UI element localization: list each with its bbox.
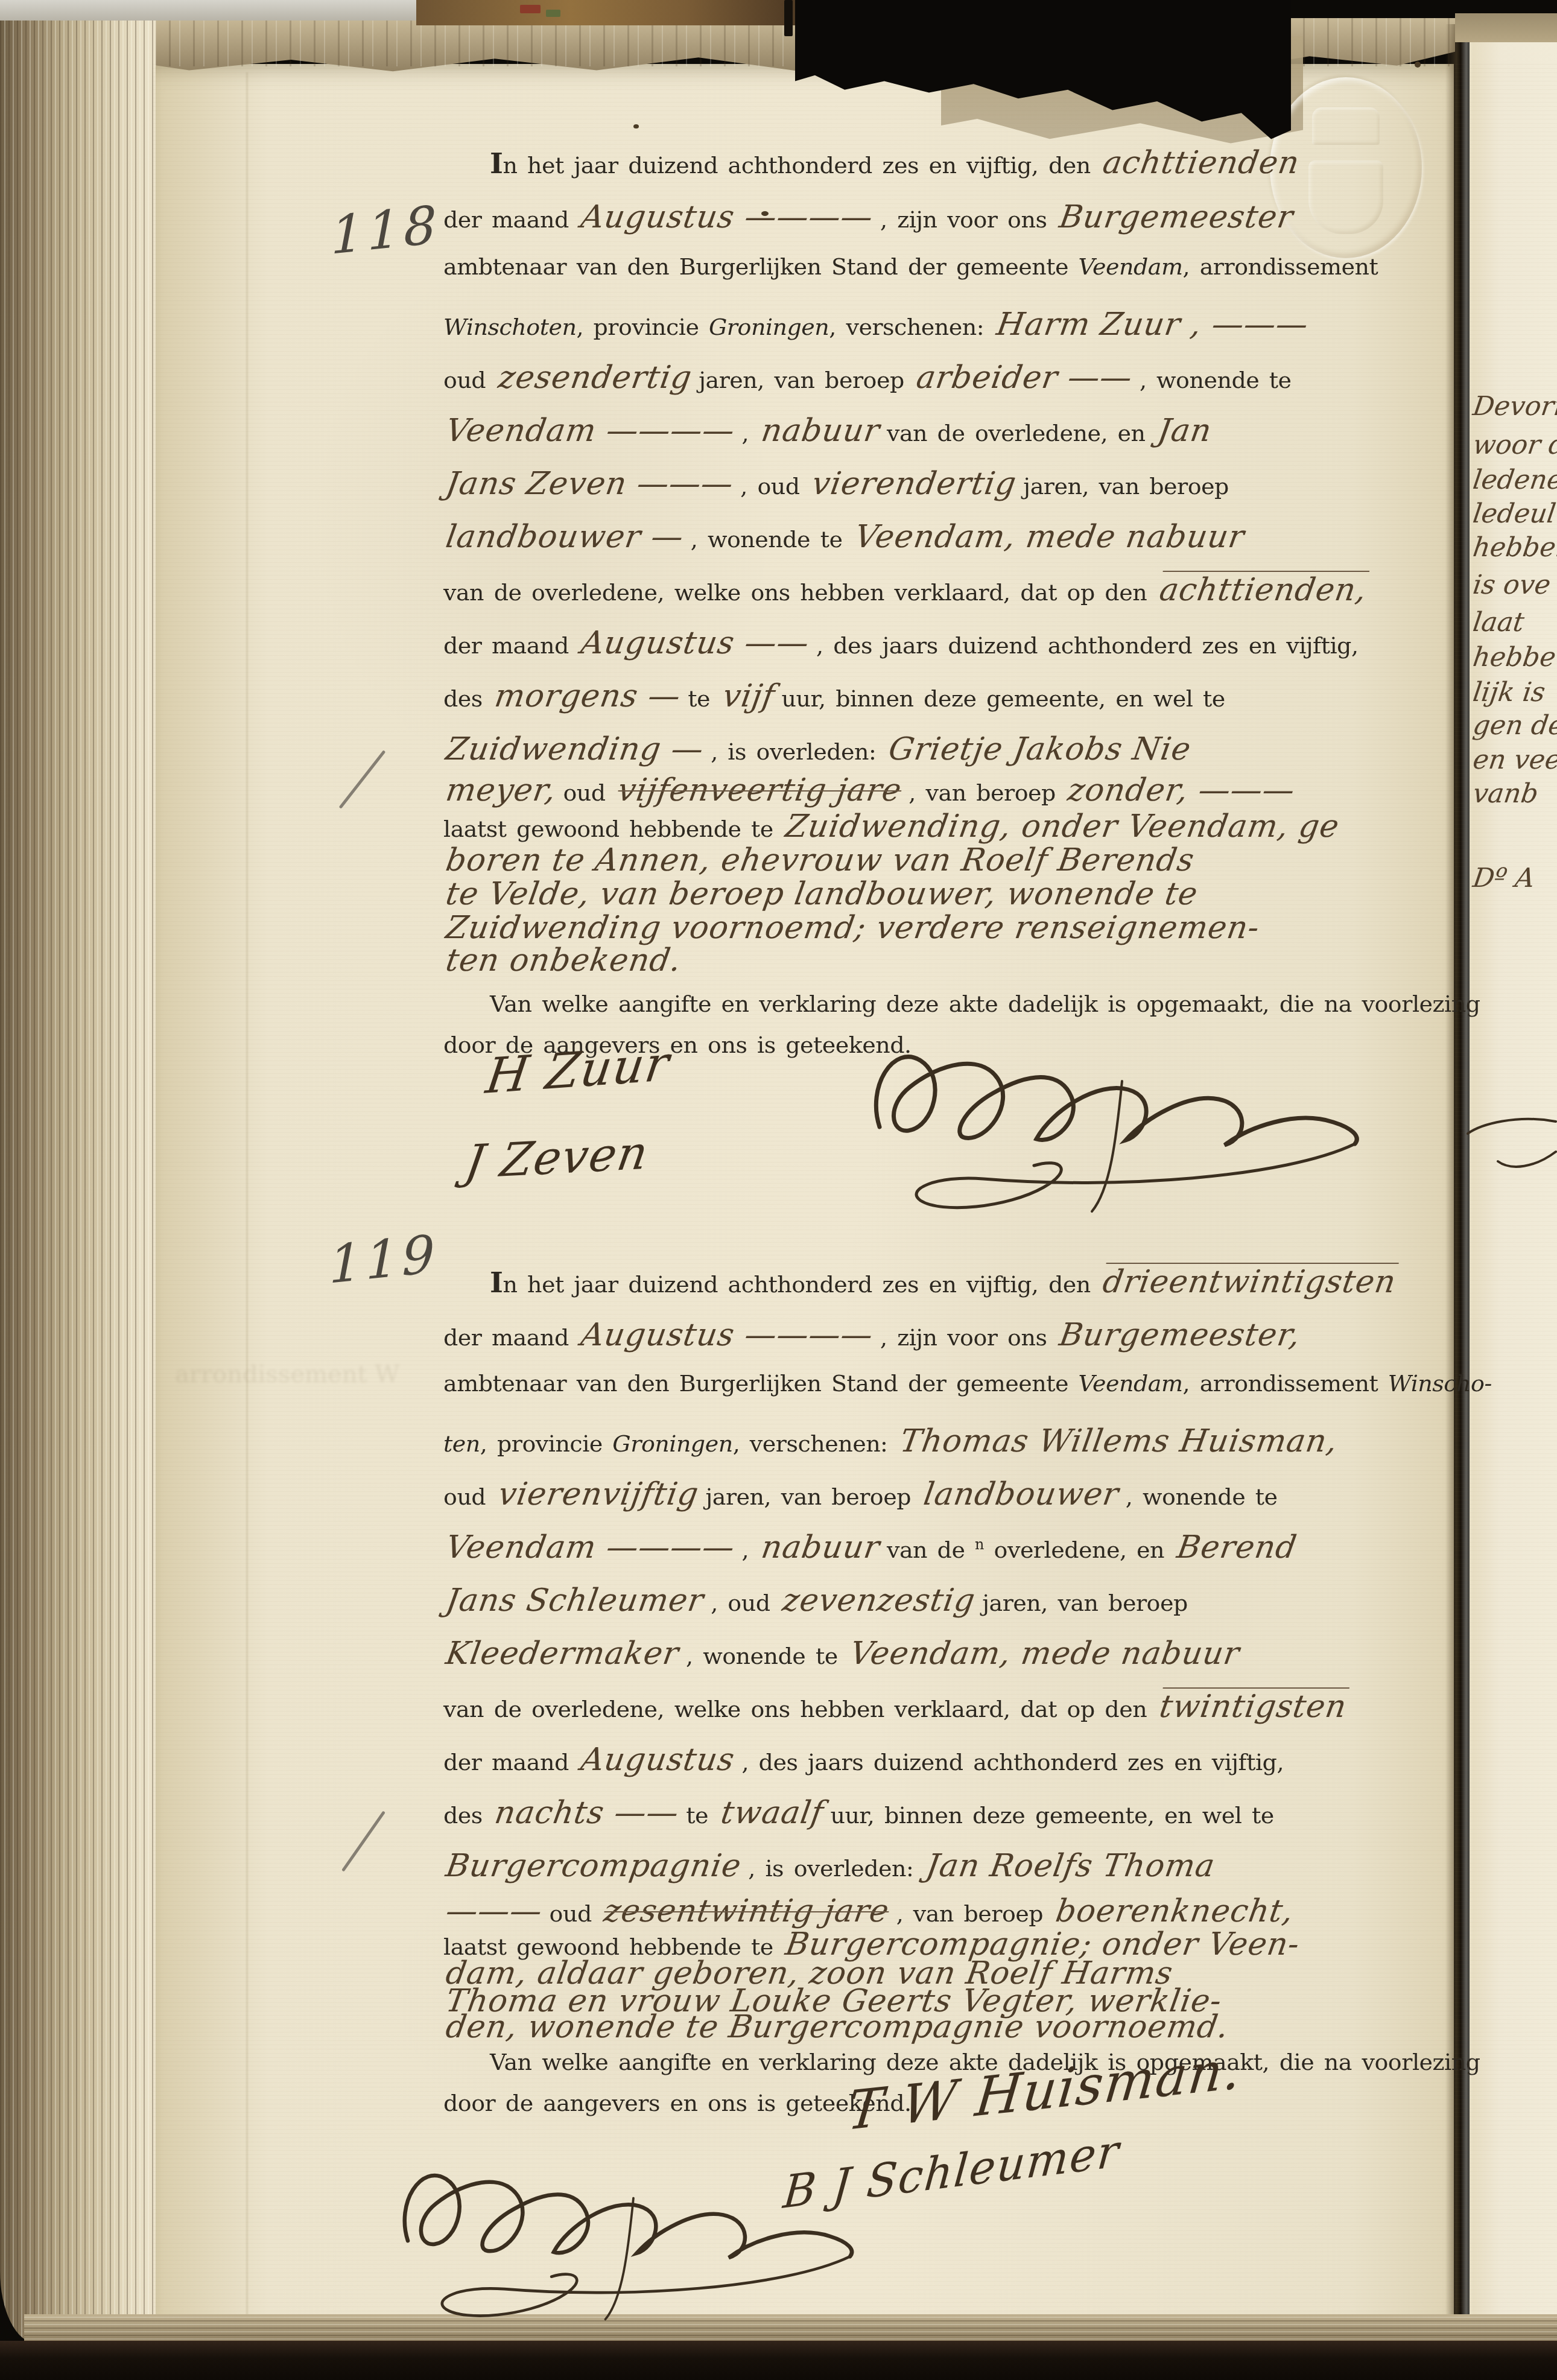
handwritten-text: Jan: [1155, 413, 1214, 449]
handwritten-text: boerenknecht,: [1053, 1893, 1296, 1929]
handwritten-text: vijf: [720, 678, 778, 714]
printed-form-text: , wonende te: [1129, 367, 1291, 393]
ink-bleed-ghost-text: arrondissement W: [175, 1360, 399, 1388]
handwritten-text: twintigsten: [1157, 1689, 1349, 1725]
act-118-line-8: landbouwer — , wonende te Veendam, mede …: [443, 519, 1241, 555]
printed-form-text: Groningen: [612, 1430, 732, 1457]
handwritten-text: zevenzestig: [780, 1582, 978, 1619]
printed-form-text: n: [975, 1536, 984, 1553]
printed-form-text: te: [676, 1802, 718, 1829]
printed-form-text: Veendam: [1079, 253, 1183, 280]
printed-form-text: jaren, van beroep: [1013, 473, 1229, 500]
handwritten-text: morgens —: [492, 678, 683, 714]
facing-page-text-fragment: Devorn: [1471, 391, 1557, 422]
handwritten-text: meyer,: [443, 772, 559, 808]
handwritten-text: arbeider ——: [914, 360, 1135, 396]
handwritten-text: nachts ——: [492, 1795, 682, 1831]
handwritten-text: Thomas Willems Huisman,: [898, 1423, 1340, 1459]
handwritten-text: Zuidwending —: [443, 731, 706, 767]
printed-form-text: Winschoten: [443, 314, 576, 340]
printed-form-text: der maand: [443, 632, 579, 659]
act-119-line-5: oud vierenvijftig jaren, van beroep land…: [443, 1476, 1277, 1512]
act-118-line-7: Jans Zeven ——— , oud vierendertig jaren,…: [443, 466, 1229, 502]
facing-page-text-fragment: gen de: [1471, 710, 1557, 741]
act-119-line-11: des nachts —— te twaalf uur, binnen deze…: [443, 1795, 1274, 1831]
printed-form-text: jaren, van beroep: [689, 367, 915, 393]
act-119-line-9: van de overledene, welke ons hebben verk…: [443, 1689, 1343, 1725]
facing-page-text-fragment: laat: [1471, 607, 1526, 638]
act-119-line-3: ambtenaar van den Burgerlijken Stand der…: [443, 1370, 1492, 1397]
ink-speck: [633, 124, 639, 129]
burgemeester-signature-flourish: [863, 1009, 1381, 1214]
handwritten-text: landbouwer —: [443, 519, 687, 555]
printed-form-text: , des jaars duizend achthonderd zes en v…: [732, 1749, 1284, 1775]
act-119-line-6: Veendam ———— , nabuur van de n overleden…: [443, 1529, 1293, 1566]
facing-page-text-fragment: woor de: [1471, 430, 1557, 460]
printed-form-text: , verschenen:: [733, 1430, 898, 1457]
printed-form-text: , oud: [731, 473, 810, 500]
printed-form-text: jaren, van beroep: [696, 1484, 921, 1510]
act-118-line-4: Winschoten, provincie Groningen, versche…: [443, 306, 1305, 343]
act-118-line-1: In het jaar duizend achthonderd zes en v…: [490, 145, 1296, 181]
printed-form-text: , des jaars duizend achthonderd zes en v…: [806, 632, 1358, 659]
handwritten-text: landbouwer: [921, 1476, 1121, 1512]
printed-form-text: , verschenen:: [829, 314, 994, 340]
printed-form-text: Groningen: [709, 314, 829, 340]
handwritten-text: Burgercompagnie: [443, 1848, 744, 1884]
burgemeester-signature-flourish: [392, 2127, 875, 2326]
handwritten-text: achttienden: [1100, 145, 1302, 181]
printed-form-text: ambtenaar van den Burgerlijken Stand der…: [443, 1370, 1079, 1397]
scanned-register-page: { "document_kind": "overlijdensregister …: [0, 0, 1557, 2380]
printed-form-text: , wonende te: [680, 526, 852, 553]
printed-form-text: uur, binnen deze gemeente, en wel te: [820, 1802, 1274, 1829]
facing-page-text-fragment: ledeul: [1471, 498, 1557, 529]
handwritten-text: vierenvijftig: [496, 1476, 702, 1512]
printed-form-text: jaren, van beroep: [972, 1590, 1188, 1616]
handwritten-text: vierendertig: [810, 466, 1019, 502]
printed-form-text: ten: [443, 1430, 480, 1457]
handwritten-text: nabuur: [759, 1529, 883, 1566]
handwritten-text: Zuidwending voornoemd; verdere renseigne…: [443, 910, 1262, 946]
handwritten-text: Kleedermaker: [443, 1636, 682, 1672]
handwritten-text: zesendertig: [496, 360, 694, 396]
printed-form-text: , is overleden:: [738, 1855, 924, 1882]
printed-form-text: oud: [539, 1900, 601, 1927]
act-118-line-5: oud zesendertig jaren, van beroep arbeid…: [443, 360, 1292, 396]
handwritten-text: Jan Roelfs Thoma: [924, 1848, 1217, 1884]
handwritten-text: Jans Zeven ———: [443, 466, 736, 502]
printed-form-text: oud: [443, 367, 496, 393]
act-119-line-4: ten, provincie Groningen, verschenen: Th…: [443, 1423, 1334, 1459]
act-119-line-8: Kleedermaker , wonende te Veendam, mede …: [443, 1636, 1237, 1672]
printed-form-text: , wonende te: [1115, 1484, 1277, 1510]
printed-form-text: des: [443, 1802, 492, 1829]
printed-form-text: , oud: [701, 1590, 781, 1616]
ink-speck: [1415, 62, 1421, 68]
facing-page-text-fragment: vanb: [1471, 778, 1540, 809]
printed-form-text: oud: [443, 1484, 496, 1510]
handwritten-text: Harm Zuur , ———: [994, 306, 1311, 343]
act-118-line-9: van de overledene, welke ons hebben verk…: [443, 572, 1363, 608]
handwritten-text: achttienden,: [1157, 572, 1369, 608]
act-119-line-12: Burgercompagnie , is overleden: Jan Roel…: [443, 1848, 1212, 1884]
printed-form-text: van de: [877, 1537, 975, 1563]
printed-form-text: , zijn voor ons: [870, 1324, 1057, 1351]
handwritten-text: Veendam, mede nabuur: [852, 519, 1247, 555]
handwritten-text: vijfenveertig jare: [615, 772, 904, 808]
printed-form-text: , is overleden:: [701, 738, 886, 765]
handwritten-text: Veendam ————: [443, 1529, 737, 1566]
printed-form-text: , zijn voor ons: [870, 206, 1057, 233]
facing-page-text-fragment: is ove: [1471, 570, 1552, 600]
handwritten-text: Jans Schleumer: [443, 1582, 706, 1619]
facing-page-text-fragment: lijk is: [1471, 677, 1547, 708]
act-118-line-13: meyer, oud vijfenveertig jare , van bero…: [443, 772, 1292, 808]
handwritten-text: boren te Annen, ehevrouw van Roelf Beren…: [443, 842, 1197, 878]
handwritten-text: Augustus ————: [579, 1317, 876, 1353]
act-118-line-17: Zuidwending voornoemd; verdere renseigne…: [443, 910, 1257, 946]
handwritten-text: nabuur: [759, 413, 883, 449]
handwritten-text: Augustus: [579, 1742, 737, 1778]
handwritten-text: drieentwintigsten: [1100, 1264, 1399, 1300]
pencil-check-mark: [341, 1810, 385, 1871]
page-content: 118119In het jaar duizend achthonderd ze…: [0, 0, 1557, 2380]
handwritten-text: Burgemeester: [1057, 199, 1296, 235]
act-118-line-6: Veendam ———— , nabuur van de overledene,…: [443, 413, 1208, 449]
printed-form-text: door de aangevers en ons is geteekend.: [443, 2090, 912, 2116]
printed-form-text: uur, binnen deze gemeente, en wel te: [772, 685, 1225, 712]
facing-page-text-fragment: Dº A: [1471, 863, 1536, 893]
handwritten-text: den, wonende te Burgercompagnie voornoem…: [443, 2009, 1231, 2045]
act-118-line-11: des morgens — te vijf uur, binnen deze g…: [443, 678, 1225, 714]
printed-form-text: Van welke aangifte en verklaring deze ak…: [490, 991, 1480, 1017]
handwritten-text: Burgemeester,: [1057, 1317, 1303, 1353]
act-number-118: 118: [331, 194, 440, 267]
printed-form-text: oud: [553, 779, 615, 806]
facing-page-text-fragment: hebbe: [1471, 642, 1557, 673]
printed-form-text: , provincie: [576, 314, 709, 340]
printed-form-text: te: [678, 685, 720, 712]
printed-form-text: ,: [732, 1537, 759, 1563]
printed-form-text: , arrondissement: [1183, 1370, 1388, 1397]
act-118-line-2: der maand Augustus ———— , zijn voor ons …: [443, 199, 1290, 235]
printed-form-text: n het jaar duizend achthonderd zes en vi…: [503, 1271, 1101, 1298]
handwritten-text: ———: [443, 1893, 545, 1929]
printed-form-text: , wonende te: [676, 1643, 848, 1669]
act-118-line-3: ambtenaar van den Burgerlijken Stand der…: [443, 253, 1378, 280]
act-118-line-10: der maand Augustus —— , des jaars duizen…: [443, 625, 1359, 661]
handwritten-text: Augustus ——: [579, 625, 812, 661]
printed-form-text: , van beroep: [886, 1900, 1053, 1927]
printed-form-text: I: [490, 147, 503, 180]
printed-form-text: des: [443, 685, 492, 712]
printed-form-text: , van beroep: [899, 779, 1066, 806]
act-118-line-16: te Velde, van beroep landbouwer, wonende…: [443, 876, 1195, 912]
printed-form-text: , provincie: [480, 1430, 613, 1457]
act-119-line-10: der maand Augustus , des jaars duizend a…: [443, 1742, 1284, 1778]
act-118-line-18: ten onbekend.: [443, 942, 678, 979]
handwritten-text: Grietje Jakobs Nie: [886, 731, 1194, 767]
facing-page-text-fragment: en vee: [1471, 744, 1557, 775]
handwritten-text: twaalf: [718, 1795, 826, 1831]
act-119-line-1: In het jaar duizend achthonderd zes en v…: [490, 1264, 1393, 1300]
printed-form-text: n het jaar duizend achthonderd zes en vi…: [503, 152, 1101, 179]
printed-form-text: Winscho-: [1388, 1370, 1492, 1397]
facing-page-signature-flourish: [1463, 1113, 1557, 1179]
printed-form-text: der maand: [443, 1324, 579, 1351]
printed-form-text: I: [490, 1266, 503, 1299]
printed-form-text: der maand: [443, 206, 579, 233]
printed-form-text: Veendam: [1079, 1370, 1183, 1397]
handwritten-text: Zuidwending, onder Veendam, ge: [783, 808, 1342, 845]
printed-form-text: laatst gewoond hebbende te: [443, 816, 783, 842]
act-118-line-14: laatst gewoond hebbende te Zuidwending, …: [443, 808, 1336, 845]
act-118-line-19: Van welke aangifte en verklaring deze ak…: [490, 991, 1480, 1017]
facing-page-text-fragment: hebben: [1471, 532, 1557, 563]
printed-form-text: ,: [732, 420, 759, 446]
signature-j-zeven: J Zeven: [461, 1125, 653, 1189]
handwritten-text: zonder, ———: [1065, 772, 1298, 808]
handwritten-text: te Velde, van beroep landbouwer, wonende…: [443, 876, 1200, 912]
printed-form-text: overledene, en: [984, 1537, 1175, 1563]
printed-form-text: ambtenaar van den Burgerlijken Stand der…: [443, 253, 1079, 280]
facing-page-text-fragment: ledene: [1471, 465, 1557, 495]
printed-form-text: , arrondissement: [1183, 253, 1378, 280]
act-119-line-19: door de aangevers en ons is geteekend.: [443, 2090, 912, 2116]
handwritten-text: ten onbekend.: [443, 942, 684, 979]
printed-form-text: der maand: [443, 1749, 579, 1775]
handwritten-text: Augustus ————: [579, 199, 876, 235]
handwritten-text: Veendam ————: [443, 413, 737, 449]
handwritten-text: Veendam, mede nabuur: [848, 1636, 1242, 1672]
act-119-line-2: der maand Augustus ———— , zijn voor ons …: [443, 1317, 1298, 1353]
act-119-line-17: den, wonende te Burgercompagnie voornoem…: [443, 2009, 1226, 2045]
act-119-line-7: Jans Schleumer , oud zevenzestig jaren, …: [443, 1582, 1188, 1619]
printed-form-text: van de overledene, welke ons hebben verk…: [443, 1696, 1157, 1722]
act-number-119: 119: [329, 1223, 438, 1296]
printed-form-text: van de overledene, en: [877, 420, 1155, 446]
act-118-line-15: boren te Annen, ehevrouw van Roelf Beren…: [443, 842, 1191, 878]
printed-form-text: van de overledene, welke ons hebben verk…: [443, 579, 1157, 606]
act-119-line-13: ——— oud zesentwintig jare , van beroep b…: [443, 1893, 1290, 1929]
handwritten-text: zesentwintig jare: [601, 1893, 892, 1929]
handwritten-text: Berend: [1175, 1529, 1299, 1566]
act-118-line-12: Zuidwending — , is overleden: Grietje Ja…: [443, 731, 1188, 767]
pencil-check-mark: [339, 750, 386, 809]
